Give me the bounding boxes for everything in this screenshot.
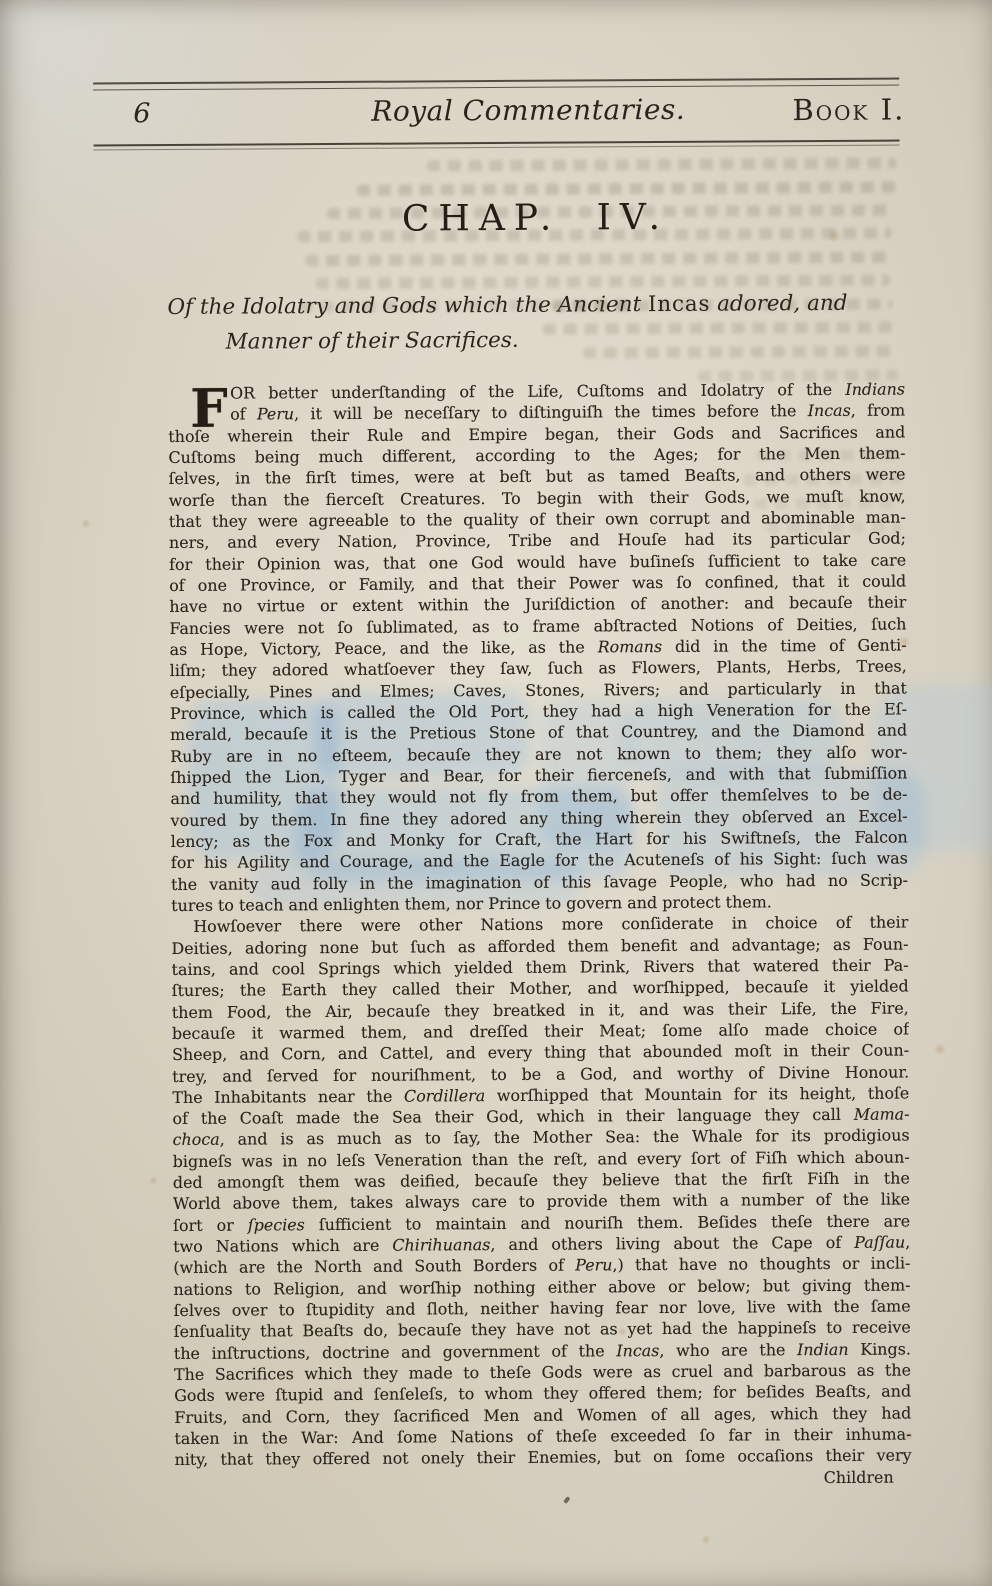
- chapter-heading: CHAP. IV.: [167, 195, 904, 241]
- body-line: the vanity aud folly in the imagination …: [171, 869, 908, 895]
- summary-line: Manner of their Sacrifices.: [168, 320, 905, 360]
- head-rule-top-inner: [93, 85, 899, 91]
- head-rule-top-outer: [93, 78, 899, 85]
- foxing-spots: [0, 0, 988, 3]
- catchword: Children: [175, 1466, 912, 1492]
- drop-cap: F: [190, 386, 228, 432]
- bleedthrough-texture: [0, 0, 988, 3]
- chapter-summary: Of the Idolatry and Gods which the Ancie…: [167, 285, 904, 360]
- body-line: nity, that they offered not onely their …: [174, 1445, 911, 1471]
- page-content: 6 Royal Commentaries. Book I. CHAP. IV. …: [0, 0, 992, 1586]
- running-head: 6 Royal Commentaries. Book I.: [93, 92, 899, 139]
- summary-line: Of the Idolatry and Gods which the Ancie…: [167, 285, 904, 325]
- ink-speck: [563, 1496, 570, 1504]
- book-label: Book I.: [792, 92, 905, 127]
- blue-watermark: [0, 0, 988, 3]
- book-page-scan: 6 Royal Commentaries. Book I. CHAP. IV. …: [0, 0, 992, 1586]
- running-title: Royal Commentaries.: [93, 92, 899, 130]
- body-text: FOR better underſtanding of the Life, Cu…: [168, 378, 912, 1492]
